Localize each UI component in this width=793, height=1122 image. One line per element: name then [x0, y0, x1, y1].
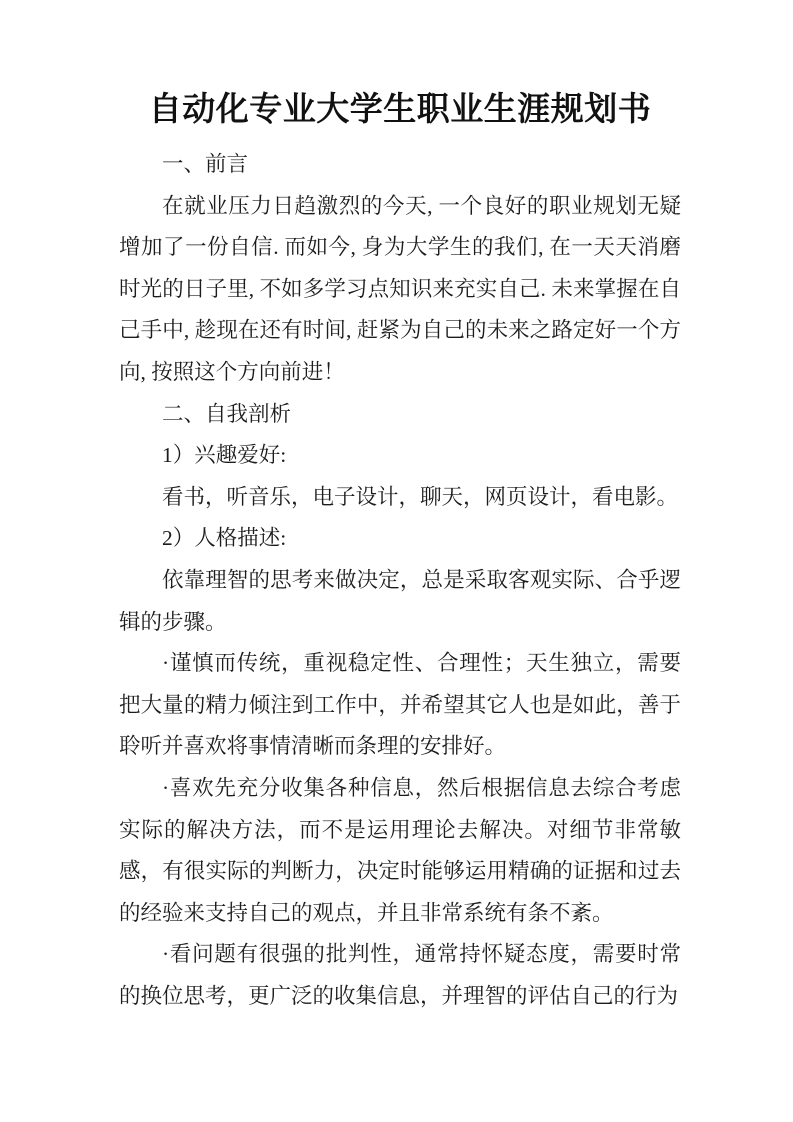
- paragraph: ·看问题有很强的批判性，通常持怀疑态度，需要时常的换位思考，更广泛的收集信息，并…: [119, 934, 681, 1017]
- paragraph: 2）人格描述:: [119, 518, 681, 560]
- paragraph: 依靠理智的思考来做决定，总是采取客观实际、合乎逻辑的步骤。: [119, 560, 681, 643]
- paragraph: 在就业压力日趋激烈的今天, 一个良好的职业规划无疑增加了一份自信. 而如今, 身…: [119, 186, 681, 394]
- paragraph: ·谨慎而传统，重视稳定性、合理性；天生独立，需要把大量的精力倾注到工作中，并希望…: [119, 643, 681, 768]
- page-title: 自动化专业大学生职业生涯规划书: [119, 86, 681, 134]
- paragraph: 看书，听音乐，电子设计，聊天，网页设计，看电影。: [119, 477, 681, 519]
- paragraph: 一、前言: [119, 144, 681, 186]
- document-body: 一、前言在就业压力日趋激烈的今天, 一个良好的职业规划无疑增加了一份自信. 而如…: [119, 144, 681, 1017]
- paragraph: ·喜欢先充分收集各种信息，然后根据信息去综合考虑实际的解决方法，而不是运用理论去…: [119, 768, 681, 934]
- document-page: 自动化专业大学生职业生涯规划书 一、前言在就业压力日趋激烈的今天, 一个良好的职…: [0, 0, 793, 1122]
- paragraph: 二、自我剖析: [119, 394, 681, 436]
- paragraph: 1）兴趣爱好:: [119, 435, 681, 477]
